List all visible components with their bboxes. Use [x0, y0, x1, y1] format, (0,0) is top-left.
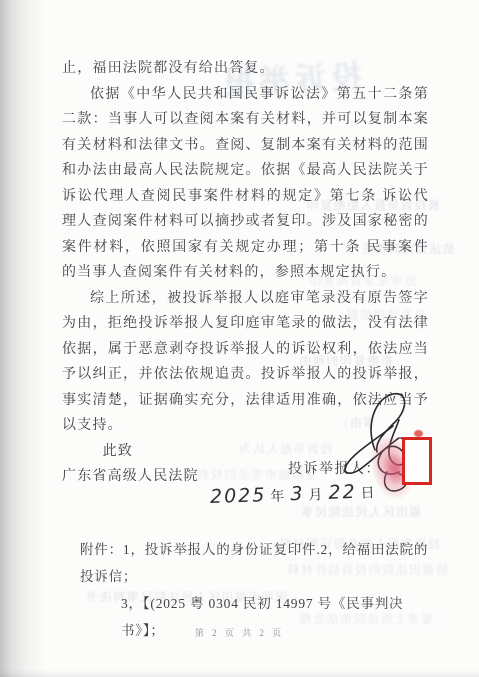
date-year: 2025 [210, 484, 267, 508]
scan-bottom-shadow [0, 669, 479, 677]
date-year-unit: 年 [270, 488, 285, 504]
date-day: 22 [328, 481, 357, 504]
date-month: 3 [290, 483, 305, 505]
page-number-footer: 第 2 页 共 2 页 [0, 626, 479, 639]
date-day-unit: 日 [360, 485, 375, 501]
attachments-line-1: 附件：1，投诉举报人的身份证复印件.2，给福田法院的投诉信； [80, 536, 440, 590]
paragraph-continuation: 止，福田法院都没有给出答复。 [62, 56, 429, 82]
redaction-box [402, 437, 432, 485]
attachments-label: 附件： [80, 542, 123, 557]
paragraph-legal-basis: 依据《中华人民共和国民事诉讼法》第五十二条第二款：当事人可以查阅本案有关材料，并… [62, 82, 429, 286]
scanned-document-page: 投诉举报 被投诉举报人拒绝复印 依法追究其责任 庭审笔录查阅复印 没有法律依据 … [0, 0, 479, 677]
red-stamp-fleck [414, 430, 423, 437]
attachments-items-1: 1，投诉举报人的身份证复印件.2，给福田法院的投诉信； [80, 542, 428, 584]
scan-edge-shadow [0, 0, 46, 677]
date-month-unit: 月 [308, 487, 323, 503]
